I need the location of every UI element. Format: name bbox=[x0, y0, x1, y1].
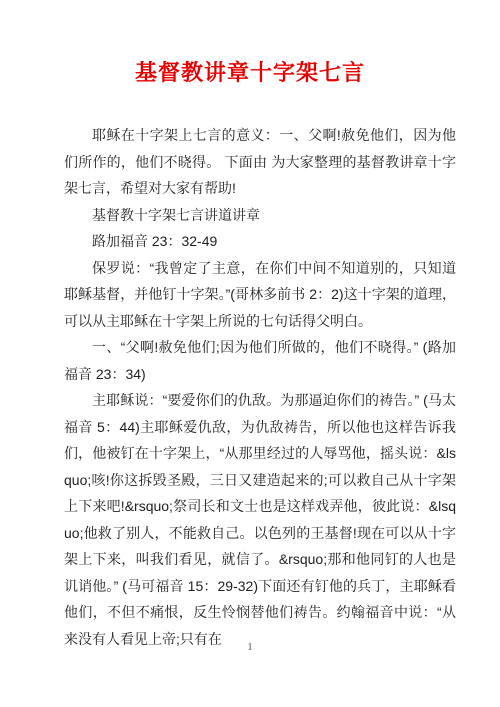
page-number: 1 bbox=[0, 640, 500, 654]
paragraph-paul-quote: 保罗说：“我曾定了主意，在你们中间不知道别的，只知道耶稣基督，并他钉十字架。”(… bbox=[64, 255, 456, 335]
paragraph-scripture-reference: 路加福音 23：32-49 bbox=[64, 228, 456, 255]
document-page: 基督教讲章十字架七言 耶稣在十字架上七言的意义：一、父啊!赦免他们，因为他们所作… bbox=[0, 0, 500, 707]
document-body: 耶稣在十字架上七言的意义：一、父啊!赦免他们，因为他们所作的，他们不晓得。 下面… bbox=[64, 122, 456, 652]
paragraph-first-saying: 一、“父啊!赦免他们;因为他们所做的，他们不晓得。” (路加福音 23：34) bbox=[64, 334, 456, 387]
document-title: 基督教讲章十字架七言 bbox=[0, 0, 500, 88]
paragraph-love-enemies: 主耶稣说：“要爱你们的仇敌。为那逼迫你们的祷告。” (马太福音 5：44)主耶稣… bbox=[64, 387, 456, 652]
paragraph-intro: 耶稣在十字架上七言的意义：一、父啊!赦免他们，因为他们所作的，他们不晓得。 下面… bbox=[64, 122, 456, 202]
paragraph-subtitle: 基督教十字架七言讲道讲章 bbox=[64, 202, 456, 229]
